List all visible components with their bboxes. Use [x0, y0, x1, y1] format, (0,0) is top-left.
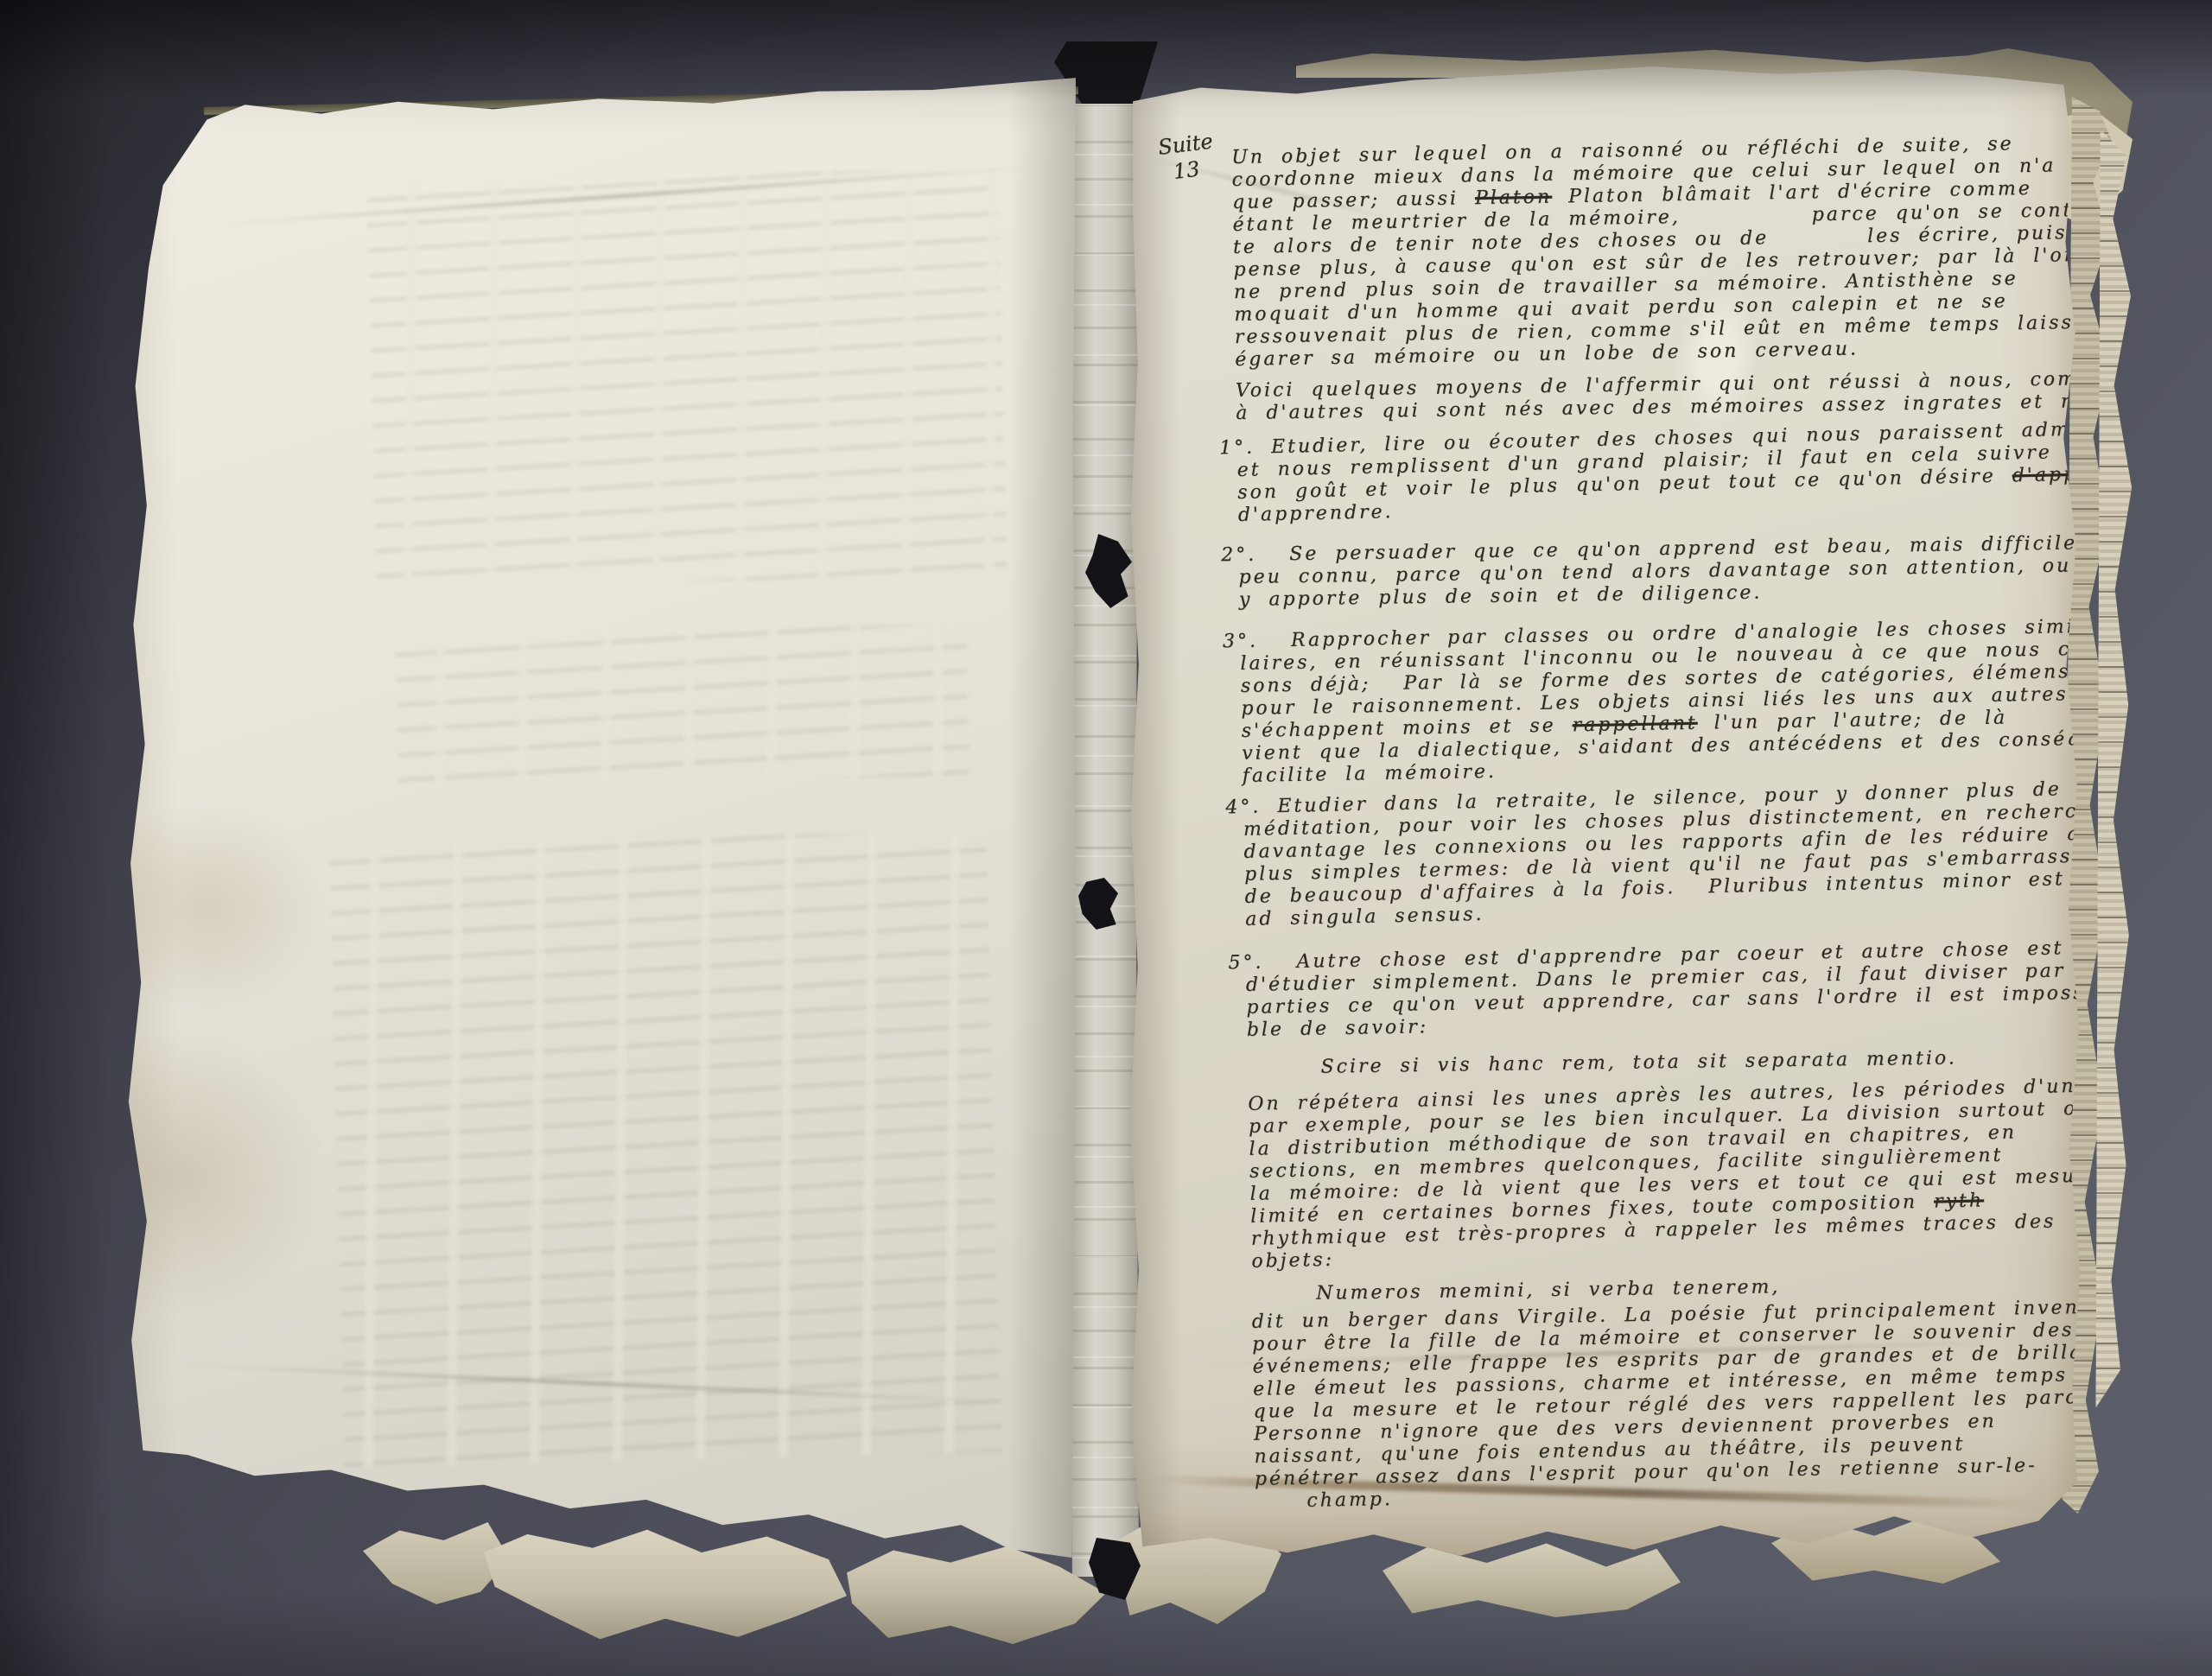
torn-paper-flap [847, 1542, 1106, 1644]
fore-edge-page-stack [2095, 130, 2133, 1408]
right-page: Suite 13 Un objet sur lequel on a raison… [1123, 60, 2087, 1572]
text-segment: d'apprendre. [1238, 501, 1394, 526]
torn-paper-flap [484, 1527, 847, 1641]
manuscript-photo: Suite 13 Un objet sur lequel on a raison… [0, 0, 2212, 1676]
manuscript-paragraph: 2°. Se persuader que ce qu'on apprend es… [1238, 532, 2090, 612]
manuscript-paragraph: On répétera ainsi les unes après les aut… [1248, 1075, 2102, 1273]
manuscript-paragraph: 5°. Autre chose est d'apprendre par coeu… [1245, 937, 2098, 1042]
manuscript-paragraph: 1°. Etudier, lire ou écouter des choses … [1236, 418, 2089, 526]
margin-note: Suite 13 [1157, 128, 1217, 186]
manuscript-text: Un objet sur lequel on a raisonné ou réf… [1231, 132, 2106, 1514]
left-page [121, 73, 1076, 1564]
left-page-shading [121, 73, 1076, 1564]
struck-word: Platon [1475, 187, 1553, 210]
manuscript-paragraph: Voici quelques moyens de l'affermir qui … [1236, 368, 2088, 425]
spine-strip [1068, 104, 1139, 1577]
text-line: Scire si vis hanc rem, tota sit separata… [1320, 1045, 2098, 1079]
text-segment: ad singula sensus. [1245, 904, 1484, 930]
text-segment [2133, 462, 2134, 484]
text-segment: Numeros memini, si verba tenerem, [1316, 1276, 1781, 1304]
latin-quote: Scire si vis hanc rem, tota sit separata… [1247, 1045, 2098, 1080]
struck-word: ryth [1934, 1190, 1985, 1212]
struck-word: rappellant [1572, 713, 1697, 737]
torn-paper-flap [1382, 1540, 1681, 1617]
text-segment: champ. [1306, 1489, 1393, 1512]
manuscript-paragraph: Un objet sur lequel on a raisonné ou réf… [1231, 132, 2086, 371]
manuscript-paragraph: dit un berger dans Virgile. La poésie fu… [1252, 1297, 2107, 1514]
manuscript-paragraph: 4°. Etudier dans la retraite, le silence… [1243, 778, 2096, 930]
text-segment: ble de savoir: [1247, 1016, 1429, 1041]
text-segment: objets: [1251, 1249, 1334, 1273]
manuscript-paragraph: 3°. Rapprocher par classes ou ordre d'an… [1240, 616, 2094, 788]
text-segment: facilite la mémoire. [1242, 761, 1497, 787]
text-segment: Scire si vis hanc rem, tota sit separata… [1320, 1047, 1957, 1077]
